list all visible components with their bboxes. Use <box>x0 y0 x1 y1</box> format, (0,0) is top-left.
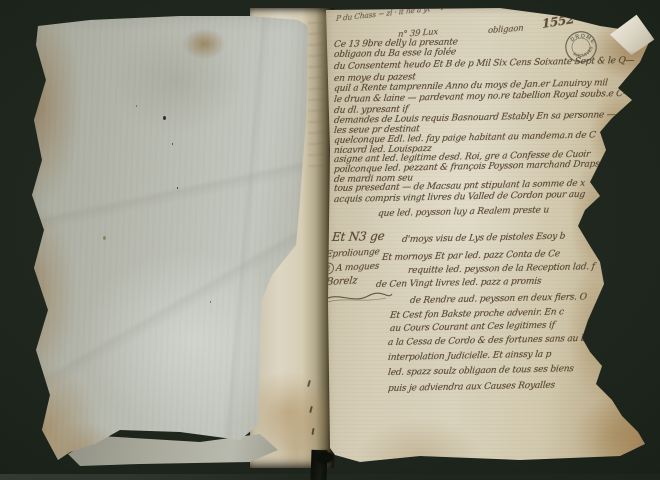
ink-show-through <box>308 22 324 172</box>
manuscript-line: d'moys visu de Lys de pistoles Esoy b <box>401 232 565 245</box>
header-scrawl: P du Chass ~ zl · it ne a yt ~ t <box>336 3 444 23</box>
manuscript-line: au Cours Courant ant Ces legitimes if <box>389 321 555 334</box>
year-annotation: 1552 <box>542 12 575 31</box>
manuscript-line: puis je adviendra aux Causes Royalles <box>387 380 555 394</box>
manuscript-line: Et N3 ge <box>331 229 385 244</box>
margin-note-signature: Borelz <box>325 275 357 288</box>
delivery-note-line: obligaon du Ba esse la folée <box>333 47 456 60</box>
photographed-open-register: P du Chass ~ zl · it ne a yt ~ t n° 39 L… <box>0 0 660 480</box>
margin-note-label: A mogues <box>335 261 379 273</box>
manuscript-line: a la Cessa de Cordo & des fortunes sans … <box>387 334 586 348</box>
manuscript-line: interpolation Judicielle. Et ainssy la p <box>387 350 551 363</box>
manuscript-line: led. spazz soulz obligaon de tous ses bi… <box>387 364 574 378</box>
manuscript-line: Et Cest fon Bakste proche advenir. En c <box>389 307 564 321</box>
paraph-flourish <box>324 290 394 306</box>
table-edge-highlight <box>0 474 660 480</box>
ink-specks <box>163 116 166 120</box>
binding-stitch <box>311 428 314 435</box>
manuscript-line: de Cen Vingt livres led. pazz a promis <box>375 277 541 290</box>
binding-stitch <box>309 406 313 413</box>
document-type-label: obligaon <box>488 23 524 36</box>
manuscript-line: de Rendre aud. peysson en deux fiers. O <box>409 292 587 306</box>
manuscript-line: Et mornoys Et par led. pazz Conta de Ce <box>381 249 560 263</box>
manuscript-line: que led. poysson luy a Realem preste u <box>377 205 549 219</box>
manuscript-line: requitte led. peysson de la Reception la… <box>407 262 595 276</box>
right-manuscript-page: P du Chass ~ zl · it ne a yt ~ t n° 39 L… <box>318 4 660 472</box>
binding-stitch <box>307 380 311 387</box>
margin-note: 2A mogues <box>321 260 379 275</box>
margin-note: Eproliounge <box>325 247 380 260</box>
